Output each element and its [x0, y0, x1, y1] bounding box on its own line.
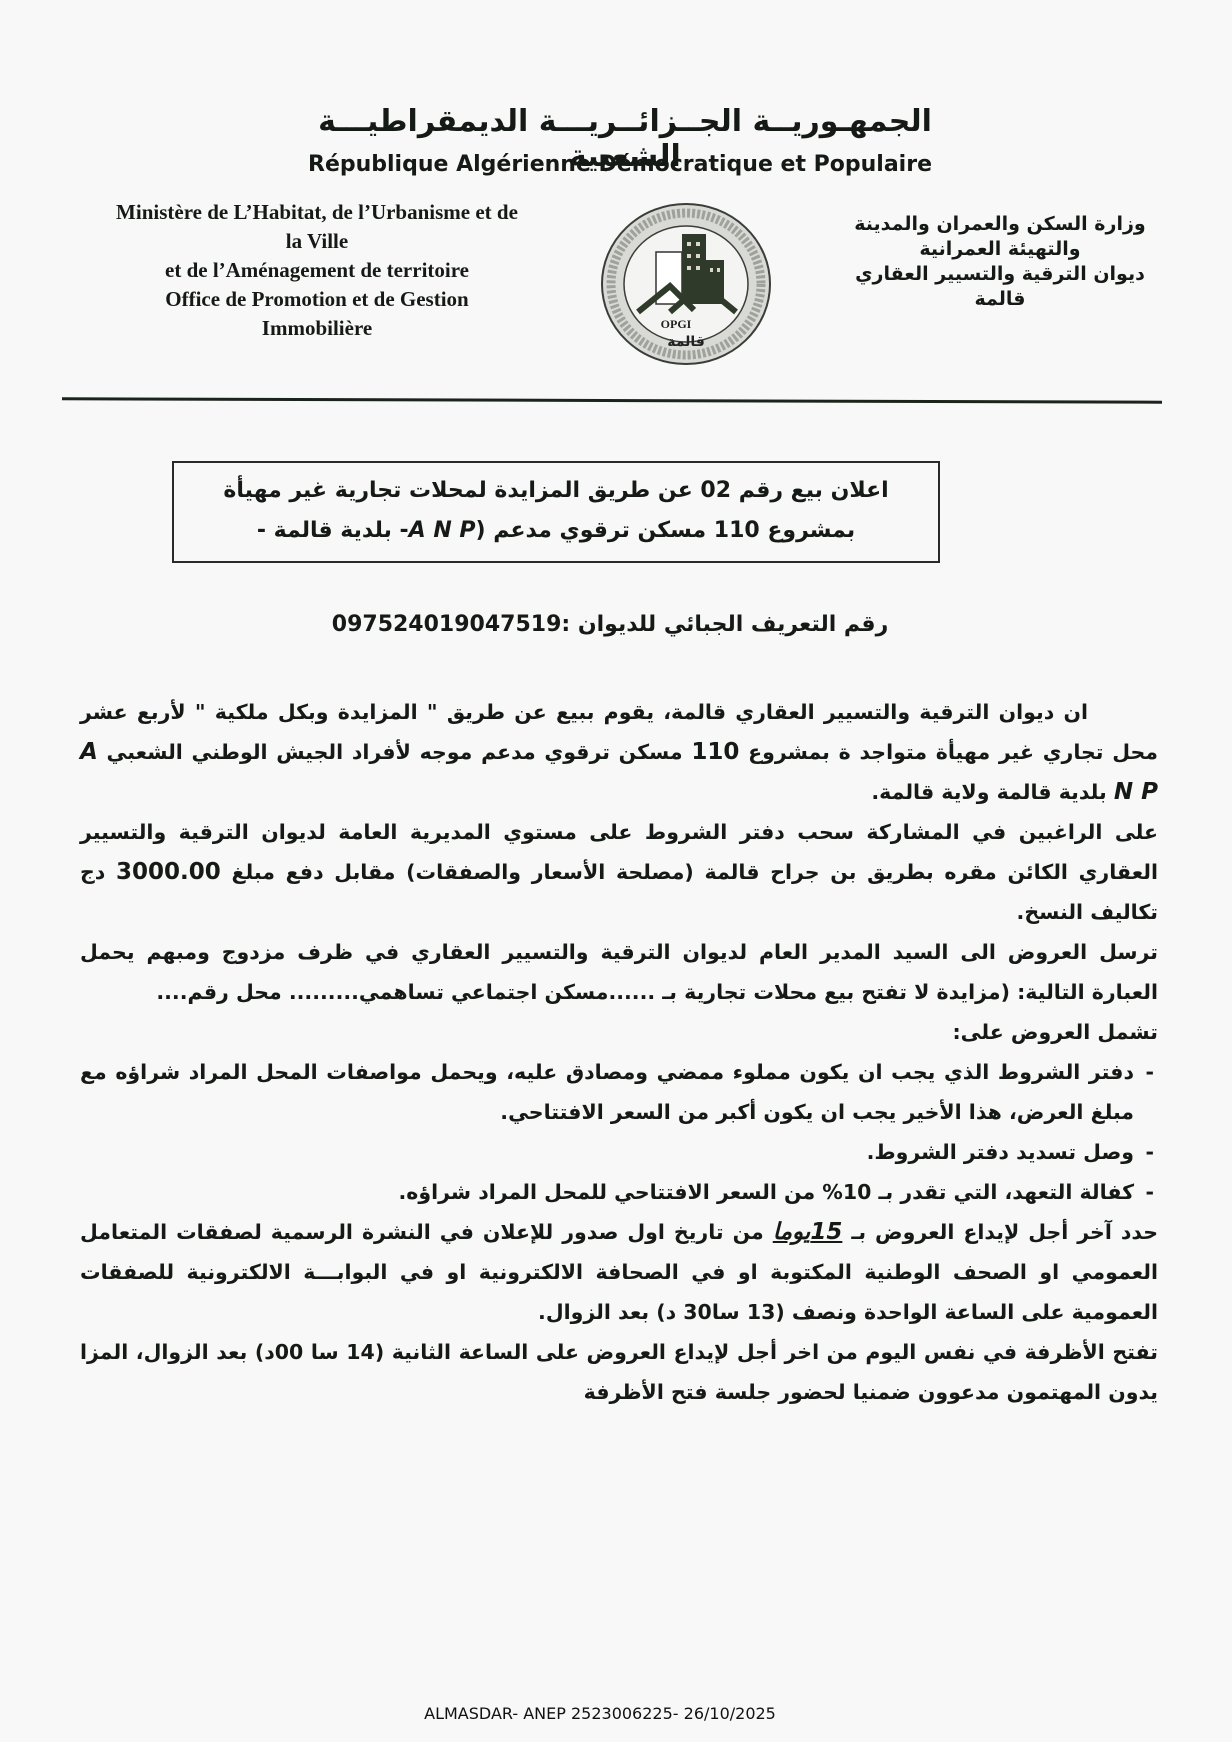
- french-republic-title: République Algérienne Démocratique et Po…: [260, 152, 980, 177]
- text: مسكن ترقوي مدعم موجه لأفراد الجيش الوطني…: [98, 740, 692, 764]
- title-line2-suffix: - بلدية قالمة -: [257, 518, 409, 543]
- announcement-title-line1: اعلان بيع رقم 02 عن طريق المزايدة لمحلات…: [174, 471, 938, 511]
- deadline-days: 15يوما: [773, 1219, 843, 1245]
- offers-list: دفتر الشروط الذي يجب ان يكون مملوء ممضي …: [80, 1052, 1158, 1212]
- ministry-line: Immobilière: [52, 314, 582, 343]
- ministry-line: et de l’Aménagement de territoire: [52, 256, 582, 285]
- housing-count: 110: [691, 739, 739, 765]
- offer-item: وصل تسديد دفتر الشروط.: [80, 1132, 1158, 1172]
- paragraph-opening: تفتح الأظرفة في نفس اليوم من اخر أجل لإي…: [80, 1332, 1158, 1412]
- offers-intro: تشمل العروض على:: [80, 1012, 1158, 1052]
- tax-id-label: رقم التعريف الجبائي للديوان :: [561, 612, 888, 637]
- ministry-arabic-block: وزارة السكن والعمران والمدينة والتهيئة ا…: [830, 212, 1170, 312]
- tax-id-value: 097524019047519: [332, 612, 562, 637]
- paragraph-sale-intro: ان ديوان الترقية والتسيير العقاري قالمة،…: [80, 692, 1158, 812]
- announcement-page: الجمهـوريــة الجــزائــريـــة الديمقراطي…: [0, 0, 1232, 1742]
- announcement-body: ان ديوان الترقية والتسيير العقاري قالمة،…: [80, 692, 1158, 1412]
- fee-amount: 3000.00: [116, 859, 221, 885]
- title-anp-label: A N P: [409, 518, 476, 543]
- announcement-title-line2: بمشروع 110 مسكن ترقوي مدعم (A N P- بلدية…: [174, 511, 938, 551]
- ministry-line: la Ville: [52, 227, 582, 256]
- paragraph-specifications: على الراغبين في المشاركة سحب دفتر الشروط…: [80, 812, 1158, 932]
- announcement-title-box: اعلان بيع رقم 02 عن طريق المزايدة لمحلات…: [172, 461, 940, 563]
- ministry-line: وزارة السكن والعمران والمدينة: [830, 212, 1170, 237]
- svg-text:OPGI: OPGI: [661, 317, 692, 331]
- ministry-line: ديوان الترقية والتسيير العقاري: [830, 262, 1170, 287]
- ministry-line: Ministère de L’Habitat, de l’Urbanisme e…: [52, 198, 582, 227]
- offer-item: كفالة التعهد، التي تقدر بـ 10% من السعر …: [80, 1172, 1158, 1212]
- text: على الراغبين في المشاركة سحب دفتر الشروط…: [80, 820, 1158, 884]
- paragraph-deadline: حدد آخر أجل لإيداع العروض بـ 15يوما من ت…: [80, 1212, 1158, 1332]
- ministry-line: Office de Promotion et de Gestion: [52, 285, 582, 314]
- ministry-line: قالمة: [830, 287, 1170, 312]
- header-divider: [62, 397, 1162, 403]
- offer-item: دفتر الشروط الذي يجب ان يكون مملوء ممضي …: [80, 1052, 1158, 1132]
- paragraph-submission: ترسل العروض الى السيد المدير العام لديوا…: [80, 932, 1158, 1012]
- tax-id-line: رقم التعريف الجبائي للديوان :09752401904…: [300, 612, 920, 637]
- publication-reference: ALMASDAR- ANEP 2523006225- 26/10/2025: [300, 1704, 900, 1723]
- text: حدد آخر أجل لإيداع العروض بـ: [842, 1220, 1158, 1244]
- ministry-french-block: Ministère de L’Habitat, de l’Urbanisme e…: [52, 198, 582, 343]
- title-line2-prefix: بمشروع 110 مسكن ترقوي مدعم (: [476, 518, 856, 543]
- text: بلدية قالمة ولاية قالمة.: [871, 780, 1114, 804]
- opgi-emblem-icon: OPGI قالمة: [598, 200, 774, 368]
- ministry-line: والتهيئة العمرانية: [830, 237, 1170, 262]
- svg-text:قالمة: قالمة: [667, 334, 705, 350]
